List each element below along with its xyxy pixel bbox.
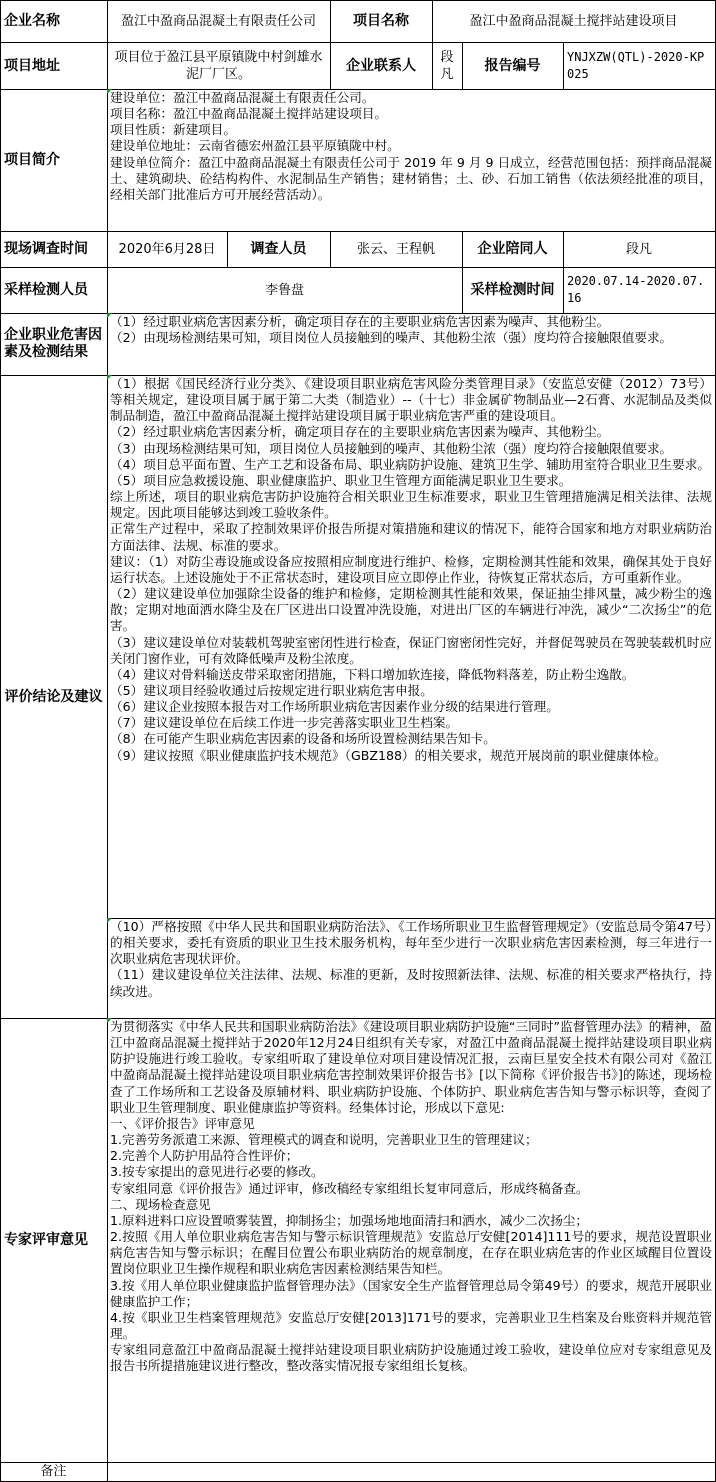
contact-value: 段凡 (432, 42, 463, 90)
evaluation-line: （3）建议建设单位对装载机驾驶室密闭性进行检查，保证门窗密闭性完好，并督促驾驶员… (110, 635, 712, 667)
expert-line: 4.按《职业卫生档案管理规范》安监总厅安健[2013]171号的要求，完善职业卫… (110, 1310, 712, 1342)
evaluation-line: 正常生产过程中，采取了控制效果评价报告所提对策措施和建议的情况下，能符合国家和地… (110, 521, 712, 553)
evaluation-line: （2）建议建设单位加强除尘设备的维护和检修，定期检测其性能和效果，保证抽尘排风量… (110, 586, 712, 634)
project-address-label: 项目地址 (0, 42, 108, 90)
expert-line: 为贯彻落实《中华人民共和国职业病防治法》《建设项目职业病防护设施“三同时”监督管… (110, 1019, 712, 1116)
expert-line: 2.按照《用人单位职业病危害告知与警示标识管理规范》安监总厅安健[2014]11… (110, 1229, 712, 1277)
expert-opinion-label: 专家评审意见 (0, 1018, 108, 1463)
intro-line: 建设单位：盈江中盈商品混凝土有限责任公司。 (110, 90, 712, 106)
expert-line: 3.按《用人单位职业健康监护监督管理办法》（国家安全生产监督管理总局令第49号）… (110, 1278, 712, 1310)
escort-label: 企业陪同人 (462, 231, 564, 268)
escort-value: 段凡 (563, 231, 716, 268)
evaluation-line: （7）建议建设单位在后续工作进一步完善落实职业卫生档案。 (110, 715, 712, 731)
sampling-staff-label: 采样检测人员 (0, 267, 108, 314)
hazards-label: 企业职业危害因素及检测结果 (0, 313, 108, 376)
expert-line: 专家组同意盈江中盈商品混凝土搅拌站建设项目职业病防护设施通过竣工验收，建设单位应… (110, 1342, 712, 1374)
evaluation-line: （8）在可能产生职业病危害因素的设备和场所设置检测结果告知卡。 (110, 731, 712, 747)
report-number-value: YNJXZW(QTL)-2020-KP025 (563, 42, 716, 90)
project-intro-label: 项目简介 (0, 89, 108, 232)
evaluation-line: （3）由现场检测结果可知，项目岗位人员接触到的噪声、其他粉尘浓（强）度均符合接触… (110, 441, 712, 457)
expert-line: 专家组同意《评价报告》通过评审，修改稿经专家组组长复审同意后，形成终稿备查。 (110, 1181, 712, 1197)
evaluation-line: （6）建议企业按照本报告对工作场所职业病危害因素作业分级的结果进行管理。 (110, 699, 712, 715)
sampling-staff-value: 李鲁盘 (107, 267, 463, 314)
evaluation-line: （5）项目应急救援设施、职业健康监护、职业卫生管理方面能满足职业卫生要求。 (110, 473, 712, 489)
evaluation-line: （11）建议建设单位关注法律、法规、标准的更新，及时按照新法律、法规、标准的相关… (110, 967, 712, 999)
sampling-time-label: 采样检测时间 (462, 267, 564, 314)
evaluation-line: （4）项目总平面布置、生产工艺和设备布局、职业病防护设施、建筑卫生学、辅助用室符… (110, 457, 712, 473)
contact-label: 企业联系人 (330, 42, 433, 90)
evaluation-content-part2: （10）严格按照《中华人民共和国职业病防治法》、《工作场所职业卫生监督管理规定》… (107, 918, 716, 1019)
project-intro-content: 建设单位：盈江中盈商品混凝土有限责任公司。 项目名称：盈江中盈商品混凝土搅拌站建… (107, 89, 716, 232)
survey-time-value: 2020年6月28日 (107, 231, 228, 268)
remark-label: 备注 (0, 1462, 108, 1482)
expert-opinion-content: 为贯彻落实《中华人民共和国职业病防治法》《建设项目职业病防护设施“三同时”监督管… (107, 1018, 716, 1463)
expert-line: 一、《评价报告》评审意见 (110, 1116, 712, 1132)
evaluation-line: （10）严格按照《中华人民共和国职业病防治法》、《工作场所职业卫生监督管理规定》… (110, 919, 712, 967)
expert-line: 2.完善个人防护用品符合性评价； (110, 1148, 712, 1164)
hazard-line: （1）经过职业病危害因素分析，确定项目存在的主要职业病危害因素为噪声、其他粉尘。 (110, 314, 712, 330)
expert-line: 3.按专家提出的意见进行必要的修改。 (110, 1164, 712, 1180)
evaluation-line: （2）经过职业病危害因素分析，确定项目存在的主要职业病危害因素为噪声、其他粉尘。 (110, 424, 712, 440)
hazards-content: （1）经过职业病危害因素分析，确定项目存在的主要职业病危害因素为噪声、其他粉尘。… (107, 313, 716, 376)
evaluation-line: （4）建议对骨料输送皮带采取密闭措施，下料口增加软连接，降低物料落差，防止粉尘逸… (110, 667, 712, 683)
intro-line: 项目性质：新建项目。 (110, 122, 712, 138)
intro-line: 建设单位地址：云南省德宏州盈江县平原镇陇中村。 (110, 138, 712, 154)
expert-line: 1.完善劳务派遣工来源、管理模式的调查和说明，完善职业卫生的管理建议； (110, 1132, 712, 1148)
evaluation-line: （5）建议项目经验收通过后按规定进行职业病危害申报。 (110, 683, 712, 699)
evaluation-label: 评价结论及建议 (0, 375, 108, 1019)
survey-staff-value: 张云、王程帆 (330, 231, 463, 268)
report-number-label: 报告编号 (462, 42, 564, 90)
project-name-label: 项目名称 (330, 0, 433, 43)
project-address-value: 项目位于盈江县平原镇陇中村剑雄水泥厂厂区。 (107, 42, 331, 90)
hazard-line: （2）由现场检测结果可知，项目岗位人员接触到的噪声、其他粉尘浓（强）度均符合接触… (110, 330, 712, 346)
intro-line: 建设单位简介：盈江中盈商品混凝土有限责任公司于 2019 年 9 月 9 日成立… (110, 155, 712, 203)
company-name-label: 企业名称 (0, 0, 108, 43)
expert-line: 二、现场检查意见 (110, 1197, 712, 1213)
intro-line: 项目名称：盈江中盈商品混凝土搅拌站建设项目。 (110, 106, 712, 122)
project-name-value: 盈江中盈商品混凝土搅拌站建设项目 (432, 0, 716, 43)
survey-staff-label: 调查人员 (227, 231, 331, 268)
evaluation-line: （1）根据《国民经济行业分类》、《建设项目职业病危害风险分类管理目录》（安监总安… (110, 376, 712, 424)
sampling-time-value: 2020.07.14-2020.07.16 (563, 267, 716, 314)
remark-value (107, 1462, 716, 1482)
evaluation-content-part1: （1）根据《国民经济行业分类》、《建设项目职业病危害风险分类管理目录》（安监总安… (107, 375, 716, 919)
evaluation-line: 建议：（1）对防尘毒设施或设备应按照相应制度进行维护、检修，定期检测其性能和效果… (110, 554, 712, 586)
evaluation-line: （9）建议按照《职业健康监护技术规范》（GBZ188）的相关要求，规范开展岗前的… (110, 748, 712, 764)
evaluation-line: 综上所述，项目的职业病危害防护设施符合相关职业卫生标准要求，职业卫生管理措施满足… (110, 489, 712, 521)
survey-time-label: 现场调查时间 (0, 231, 108, 268)
expert-line: 1.原料进料口应设置喷雾装置，抑制扬尘；加强场地地面清扫和洒水，减少二次扬尘； (110, 1213, 712, 1229)
company-name-value: 盈江中盈商品混凝土有限责任公司 (107, 0, 331, 43)
